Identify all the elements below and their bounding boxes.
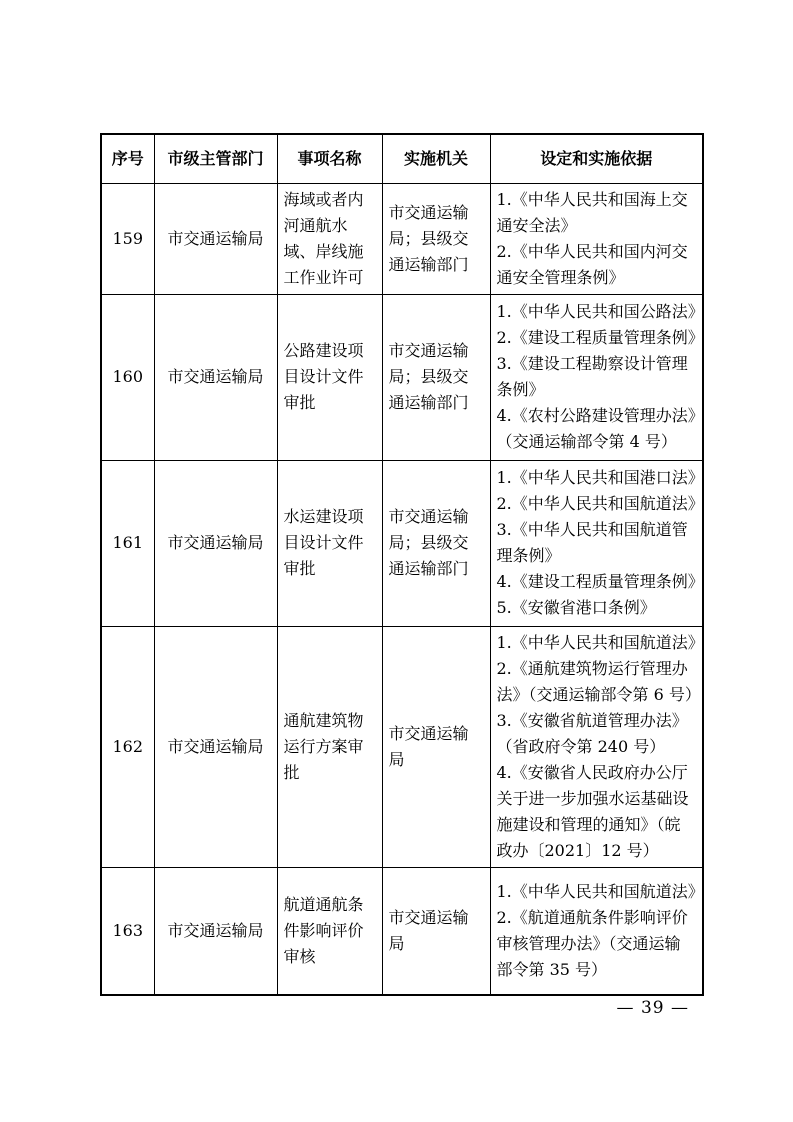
basis-item: 3.《建设工程勘察设计管理条例》 <box>497 351 697 403</box>
table-row: 161市交通运输局水运建设项目设计文件审批市交通运输局；县级交通运输部门1.《中… <box>101 460 703 626</box>
table-row: 159市交通运输局海域或者内河通航水域、岸线施工作业许可市交通运输局；县级交通运… <box>101 183 703 294</box>
approval-items-table: 序号市级主管部门事项名称实施机关设定和实施依据 159市交通运输局海域或者内河通… <box>100 133 704 996</box>
cell-seq: 160 <box>101 294 154 460</box>
page-number: — 39 — <box>617 998 689 1018</box>
cell-seq: 163 <box>101 867 154 995</box>
basis-item: 4.《安徽省人民政府办公厅关于进一步加强水运基础设施建设和管理的通知》（皖政办〔… <box>497 760 697 864</box>
basis-item: 1.《中华人民共和国公路法》 <box>497 299 697 325</box>
table-row: 162市交通运输局通航建筑物运行方案审批市交通运输局1.《中华人民共和国航道法》… <box>101 626 703 867</box>
cell-basis: 1.《中华人民共和国公路法》2.《建设工程质量管理条例》3.《建设工程勘察设计管… <box>490 294 703 460</box>
cell-department: 市交通运输局 <box>154 867 277 995</box>
cell-agency: 市交通运输局；县级交通运输部门 <box>382 460 490 626</box>
cell-basis: 1.《中华人民共和国航道法》2.《通航建筑物运行管理办法》（交通运输部令第 6 … <box>490 626 703 867</box>
basis-item: 2.《建设工程质量管理条例》 <box>497 325 697 351</box>
cell-seq: 159 <box>101 183 154 294</box>
table-row: 160市交通运输局公路建设项目设计文件审批市交通运输局；县级交通运输部门1.《中… <box>101 294 703 460</box>
basis-item: 1.《中华人民共和国海上交通安全法》 <box>497 187 697 239</box>
cell-seq: 161 <box>101 460 154 626</box>
table-header-row: 序号市级主管部门事项名称实施机关设定和实施依据 <box>101 134 703 183</box>
basis-item: 2.《中华人民共和国内河交通安全管理条例》 <box>497 239 697 291</box>
header-cell-agency: 实施机关 <box>382 134 490 183</box>
header-cell-department: 市级主管部门 <box>154 134 277 183</box>
basis-item: 5.《安徽省港口条例》 <box>497 595 697 621</box>
cell-seq: 162 <box>101 626 154 867</box>
document-page: 序号市级主管部门事项名称实施机关设定和实施依据 159市交通运输局海域或者内河通… <box>0 0 793 1122</box>
cell-department: 市交通运输局 <box>154 626 277 867</box>
cell-item-name: 公路建设项目设计文件审批 <box>277 294 382 460</box>
cell-agency: 市交通运输局；县级交通运输部门 <box>382 294 490 460</box>
header-cell-item_name: 事项名称 <box>277 134 382 183</box>
cell-basis: 1.《中华人民共和国港口法》2.《中华人民共和国航道法》3.《中华人民共和国航道… <box>490 460 703 626</box>
cell-item-name: 航道通航条件影响评价审核 <box>277 867 382 995</box>
cell-agency: 市交通运输局 <box>382 867 490 995</box>
basis-item: 2.《通航建筑物运行管理办法》（交通运输部令第 6 号） <box>497 656 697 708</box>
cell-item-name: 通航建筑物运行方案审批 <box>277 626 382 867</box>
cell-basis: 1.《中华人民共和国航道法》2.《航道通航条件影响评价审核管理办法》（交通运输部… <box>490 867 703 995</box>
cell-item-name: 水运建设项目设计文件审批 <box>277 460 382 626</box>
basis-item: 1.《中华人民共和国航道法》 <box>497 879 697 905</box>
basis-item: 4.《建设工程质量管理条例》 <box>497 569 697 595</box>
basis-item: 1.《中华人民共和国港口法》 <box>497 465 697 491</box>
cell-department: 市交通运输局 <box>154 294 277 460</box>
basis-item: 2.《航道通航条件影响评价审核管理办法》（交通运输部令第 35 号） <box>497 905 697 983</box>
basis-item: 4.《农村公路建设管理办法》（交通运输部令第 4 号） <box>497 403 697 455</box>
table-row: 163市交通运输局航道通航条件影响评价审核市交通运输局1.《中华人民共和国航道法… <box>101 867 703 995</box>
cell-agency: 市交通运输局 <box>382 626 490 867</box>
basis-item: 3.《中华人民共和国航道管理条例》 <box>497 517 697 569</box>
cell-agency: 市交通运输局；县级交通运输部门 <box>382 183 490 294</box>
header-cell-basis: 设定和实施依据 <box>490 134 703 183</box>
header-cell-seq: 序号 <box>101 134 154 183</box>
cell-department: 市交通运输局 <box>154 183 277 294</box>
cell-department: 市交通运输局 <box>154 460 277 626</box>
basis-item: 1.《中华人民共和国航道法》 <box>497 630 697 656</box>
basis-item: 2.《中华人民共和国航道法》 <box>497 491 697 517</box>
cell-item-name: 海域或者内河通航水域、岸线施工作业许可 <box>277 183 382 294</box>
cell-basis: 1.《中华人民共和国海上交通安全法》2.《中华人民共和国内河交通安全管理条例》 <box>490 183 703 294</box>
basis-item: 3.《安徽省航道管理办法》（省政府令第 240 号） <box>497 708 697 760</box>
